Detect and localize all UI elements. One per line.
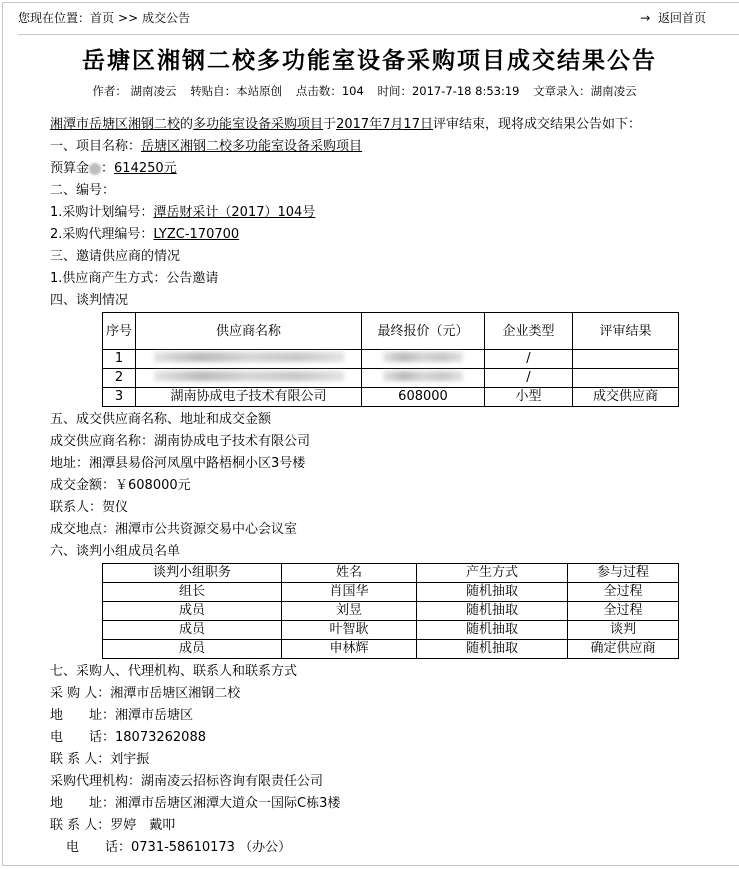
breadcrumb: 您现在位置：首页>>成交公告 → 返回首页 xyxy=(18,9,718,33)
redaction-blur xyxy=(89,163,101,175)
section-heading: 七、采购人、代理机构、联系人和联系方式 xyxy=(50,661,710,683)
cell-type: 小型 xyxy=(485,388,573,407)
cell-price-redacted xyxy=(362,350,485,369)
project-name: 岳塘区湘钢二校多功能室设备采购项目 xyxy=(141,139,362,154)
table-row: 成员 刘昱 随机抽取 全过程 xyxy=(103,602,679,621)
meta-clicks: 点击数：104 xyxy=(296,84,364,98)
intro-date: 2017年7月17日 xyxy=(336,117,433,132)
agency-contact: 联 系 人：罗婷 戴叩 xyxy=(50,815,710,837)
cell-name-redacted xyxy=(136,369,362,388)
agent-number-value: LYZC-170700 xyxy=(153,227,239,242)
section-heading: 二、编号： xyxy=(50,180,710,202)
meta-editor: 文章录入：湖南凌云 xyxy=(533,84,637,98)
meta-source: 转贴自：本站原创 xyxy=(190,84,282,98)
cell-role: 成员 xyxy=(103,640,282,659)
table-row: 成员 叶智耿 随机抽取 谈判 xyxy=(103,621,679,640)
table-header-row: 序号 供应商名称 最终报价（元） 企业类型 评审结果 xyxy=(103,313,679,350)
plan-number-value: 潭岳财采计（2017）104号 xyxy=(153,205,315,220)
buyer-contact: 联 系 人：刘宇振 xyxy=(50,749,710,771)
agency-address: 地 址：湘潭市岳塘区湘潭大道众一国际C栋3楼 xyxy=(50,793,710,815)
agency-name: 采购代理机构：湖南凌云招标咨询有限责任公司 xyxy=(50,771,710,793)
cell-result: 成交供应商 xyxy=(573,388,679,407)
cell-method: 随机抽取 xyxy=(417,583,568,602)
cell-result xyxy=(573,350,679,369)
cell-role: 成员 xyxy=(103,621,282,640)
panel-members-table: 谈判小组职务 姓名 产生方式 参与过程 组长 肖国华 随机抽取 全过程 成员 刘… xyxy=(102,563,679,659)
table-row: 2 / xyxy=(103,369,679,388)
agent-number-label: 2.采购代理编号： xyxy=(50,227,153,242)
buyer-phone: 电 话：18073262088 xyxy=(50,727,710,749)
cell-type: / xyxy=(485,350,573,369)
cell-type: / xyxy=(485,369,573,388)
cell-method: 随机抽取 xyxy=(417,621,568,640)
winner-amount: 成交金额：￥608000元 xyxy=(50,475,710,497)
table-header-row: 谈判小组职务 姓名 产生方式 参与过程 xyxy=(103,564,679,583)
cell-process: 谈判 xyxy=(568,621,679,640)
cell-process: 全过程 xyxy=(568,602,679,621)
intro-text: 于 xyxy=(323,117,336,132)
intro-org: 湘潭市岳塘区湘钢二校 xyxy=(50,117,180,132)
cell-no: 3 xyxy=(103,388,136,407)
plan-number-label: 1.采购计划编号： xyxy=(50,205,153,220)
budget-label: 预算金 xyxy=(50,161,89,176)
cell-price-redacted xyxy=(362,369,485,388)
table-row: 3 湖南协成电子技术有限公司 608000 小型 成交供应商 xyxy=(103,388,679,407)
buyer-address: 地 址：湘潭市岳塘区 xyxy=(50,705,710,727)
back-home-link[interactable]: → 返回首页 xyxy=(640,9,706,27)
divider xyxy=(18,34,739,35)
section-heading: 三、邀请供应商的情况 xyxy=(50,246,710,268)
cell-method: 随机抽取 xyxy=(417,640,568,659)
table-row: 成员 申林辉 随机抽取 确定供应商 xyxy=(103,640,679,659)
breadcrumb-current-link[interactable]: 成交公告 xyxy=(142,11,190,25)
arrow-right-icon: → xyxy=(640,11,650,25)
table-row: 组长 肖国华 随机抽取 全过程 xyxy=(103,583,679,602)
article-meta: 作者： 湖南凌云 转贴自：本站原创 点击数：104 时间：2017-7-18 8… xyxy=(0,83,739,99)
header-cell: 企业类型 xyxy=(485,313,573,350)
intro-text: 评审结束，现将成交结果公告如下： xyxy=(433,117,641,132)
cell-method: 随机抽取 xyxy=(417,602,568,621)
plan-number-line: 1.采购计划编号：潭岳财采计（2017）104号 xyxy=(50,202,710,224)
winner-address: 地址：湘潭县易俗河凤凰中路梧桐小区3号楼 xyxy=(50,453,710,475)
cell-name: 申林辉 xyxy=(282,640,417,659)
header-cell: 供应商名称 xyxy=(136,313,362,350)
breadcrumb-trail: 您现在位置：首页>>成交公告 xyxy=(18,9,190,27)
meta-author: 作者： 湖南凌云 xyxy=(92,84,176,98)
sec1-heading-line: 一、项目名称：岳塘区湘钢二校多功能室设备采购项目 xyxy=(50,136,710,158)
header-cell: 评审结果 xyxy=(573,313,679,350)
table-row: 1 / xyxy=(103,350,679,369)
cell-process: 全过程 xyxy=(568,583,679,602)
section-heading: 一、项目名称： xyxy=(50,139,141,154)
cell-name-redacted xyxy=(136,350,362,369)
cell-role: 组长 xyxy=(103,583,282,602)
breadcrumb-prefix: 您现在位置： xyxy=(18,11,90,25)
cell-name: 湖南协成电子技术有限公司 xyxy=(136,388,362,407)
intro-line: 湘潭市岳塘区湘钢二校的多功能室设备采购项目于2017年7月17日评审结束，现将成… xyxy=(50,114,710,136)
agent-number-line: 2.采购代理编号：LYZC-170700 xyxy=(50,224,710,246)
header-cell: 产生方式 xyxy=(417,564,568,583)
section-heading: 六、谈判小组成员名单 xyxy=(50,541,710,563)
winner-contact: 联系人：贺仪 xyxy=(50,497,710,519)
winner-name: 成交供应商名称：湖南协成电子技术有限公司 xyxy=(50,431,710,453)
budget-line: 预算金：614250元 xyxy=(50,158,710,180)
back-home-label: 返回首页 xyxy=(658,11,706,25)
cell-name: 叶智耿 xyxy=(282,621,417,640)
header-cell: 姓名 xyxy=(282,564,417,583)
breadcrumb-separator: >> xyxy=(118,11,138,25)
cell-price: 608000 xyxy=(362,388,485,407)
intro-project: 多功能室设备采购项目 xyxy=(193,117,323,132)
cell-no: 2 xyxy=(103,369,136,388)
deal-place: 成交地点：湘潭市公共资源交易中心会议室 xyxy=(50,519,710,541)
section-heading: 五、成交供应商名称、地址和成交金额 xyxy=(50,409,710,431)
budget-value: 614250元 xyxy=(114,161,177,176)
buyer-name: 采 购 人：湘潭市岳塘区湘钢二校 xyxy=(50,683,710,705)
meta-time: 时间：2017-7-18 8:53:19 xyxy=(377,84,519,98)
header-cell: 谈判小组职务 xyxy=(103,564,282,583)
cell-role: 成员 xyxy=(103,602,282,621)
cell-name: 肖国华 xyxy=(282,583,417,602)
supplier-method: 1.供应商产生方式：公告邀请 xyxy=(50,268,710,290)
budget-colon: ： xyxy=(101,161,114,176)
negotiation-table: 序号 供应商名称 最终报价（元） 企业类型 评审结果 1 / 2 / 3 湖南协… xyxy=(102,312,679,407)
header-cell: 序号 xyxy=(103,313,136,350)
cell-process: 确定供应商 xyxy=(568,640,679,659)
header-cell: 参与过程 xyxy=(568,564,679,583)
section-heading: 四、谈判情况 xyxy=(50,290,710,312)
article-body: 湘潭市岳塘区湘钢二校的多功能室设备采购项目于2017年7月17日评审结束，现将成… xyxy=(50,114,710,859)
cell-name: 刘昱 xyxy=(282,602,417,621)
intro-text: 的 xyxy=(180,117,193,132)
article-title: 岳塘区湘钢二校多功能室设备采购项目成交结果公告 xyxy=(0,42,739,75)
agency-phone: 电 话：0731-58610173 （办公） xyxy=(50,837,710,859)
header-cell: 最终报价（元） xyxy=(362,313,485,350)
cell-result xyxy=(573,369,679,388)
breadcrumb-home-link[interactable]: 首页 xyxy=(90,11,114,25)
cell-no: 1 xyxy=(103,350,136,369)
